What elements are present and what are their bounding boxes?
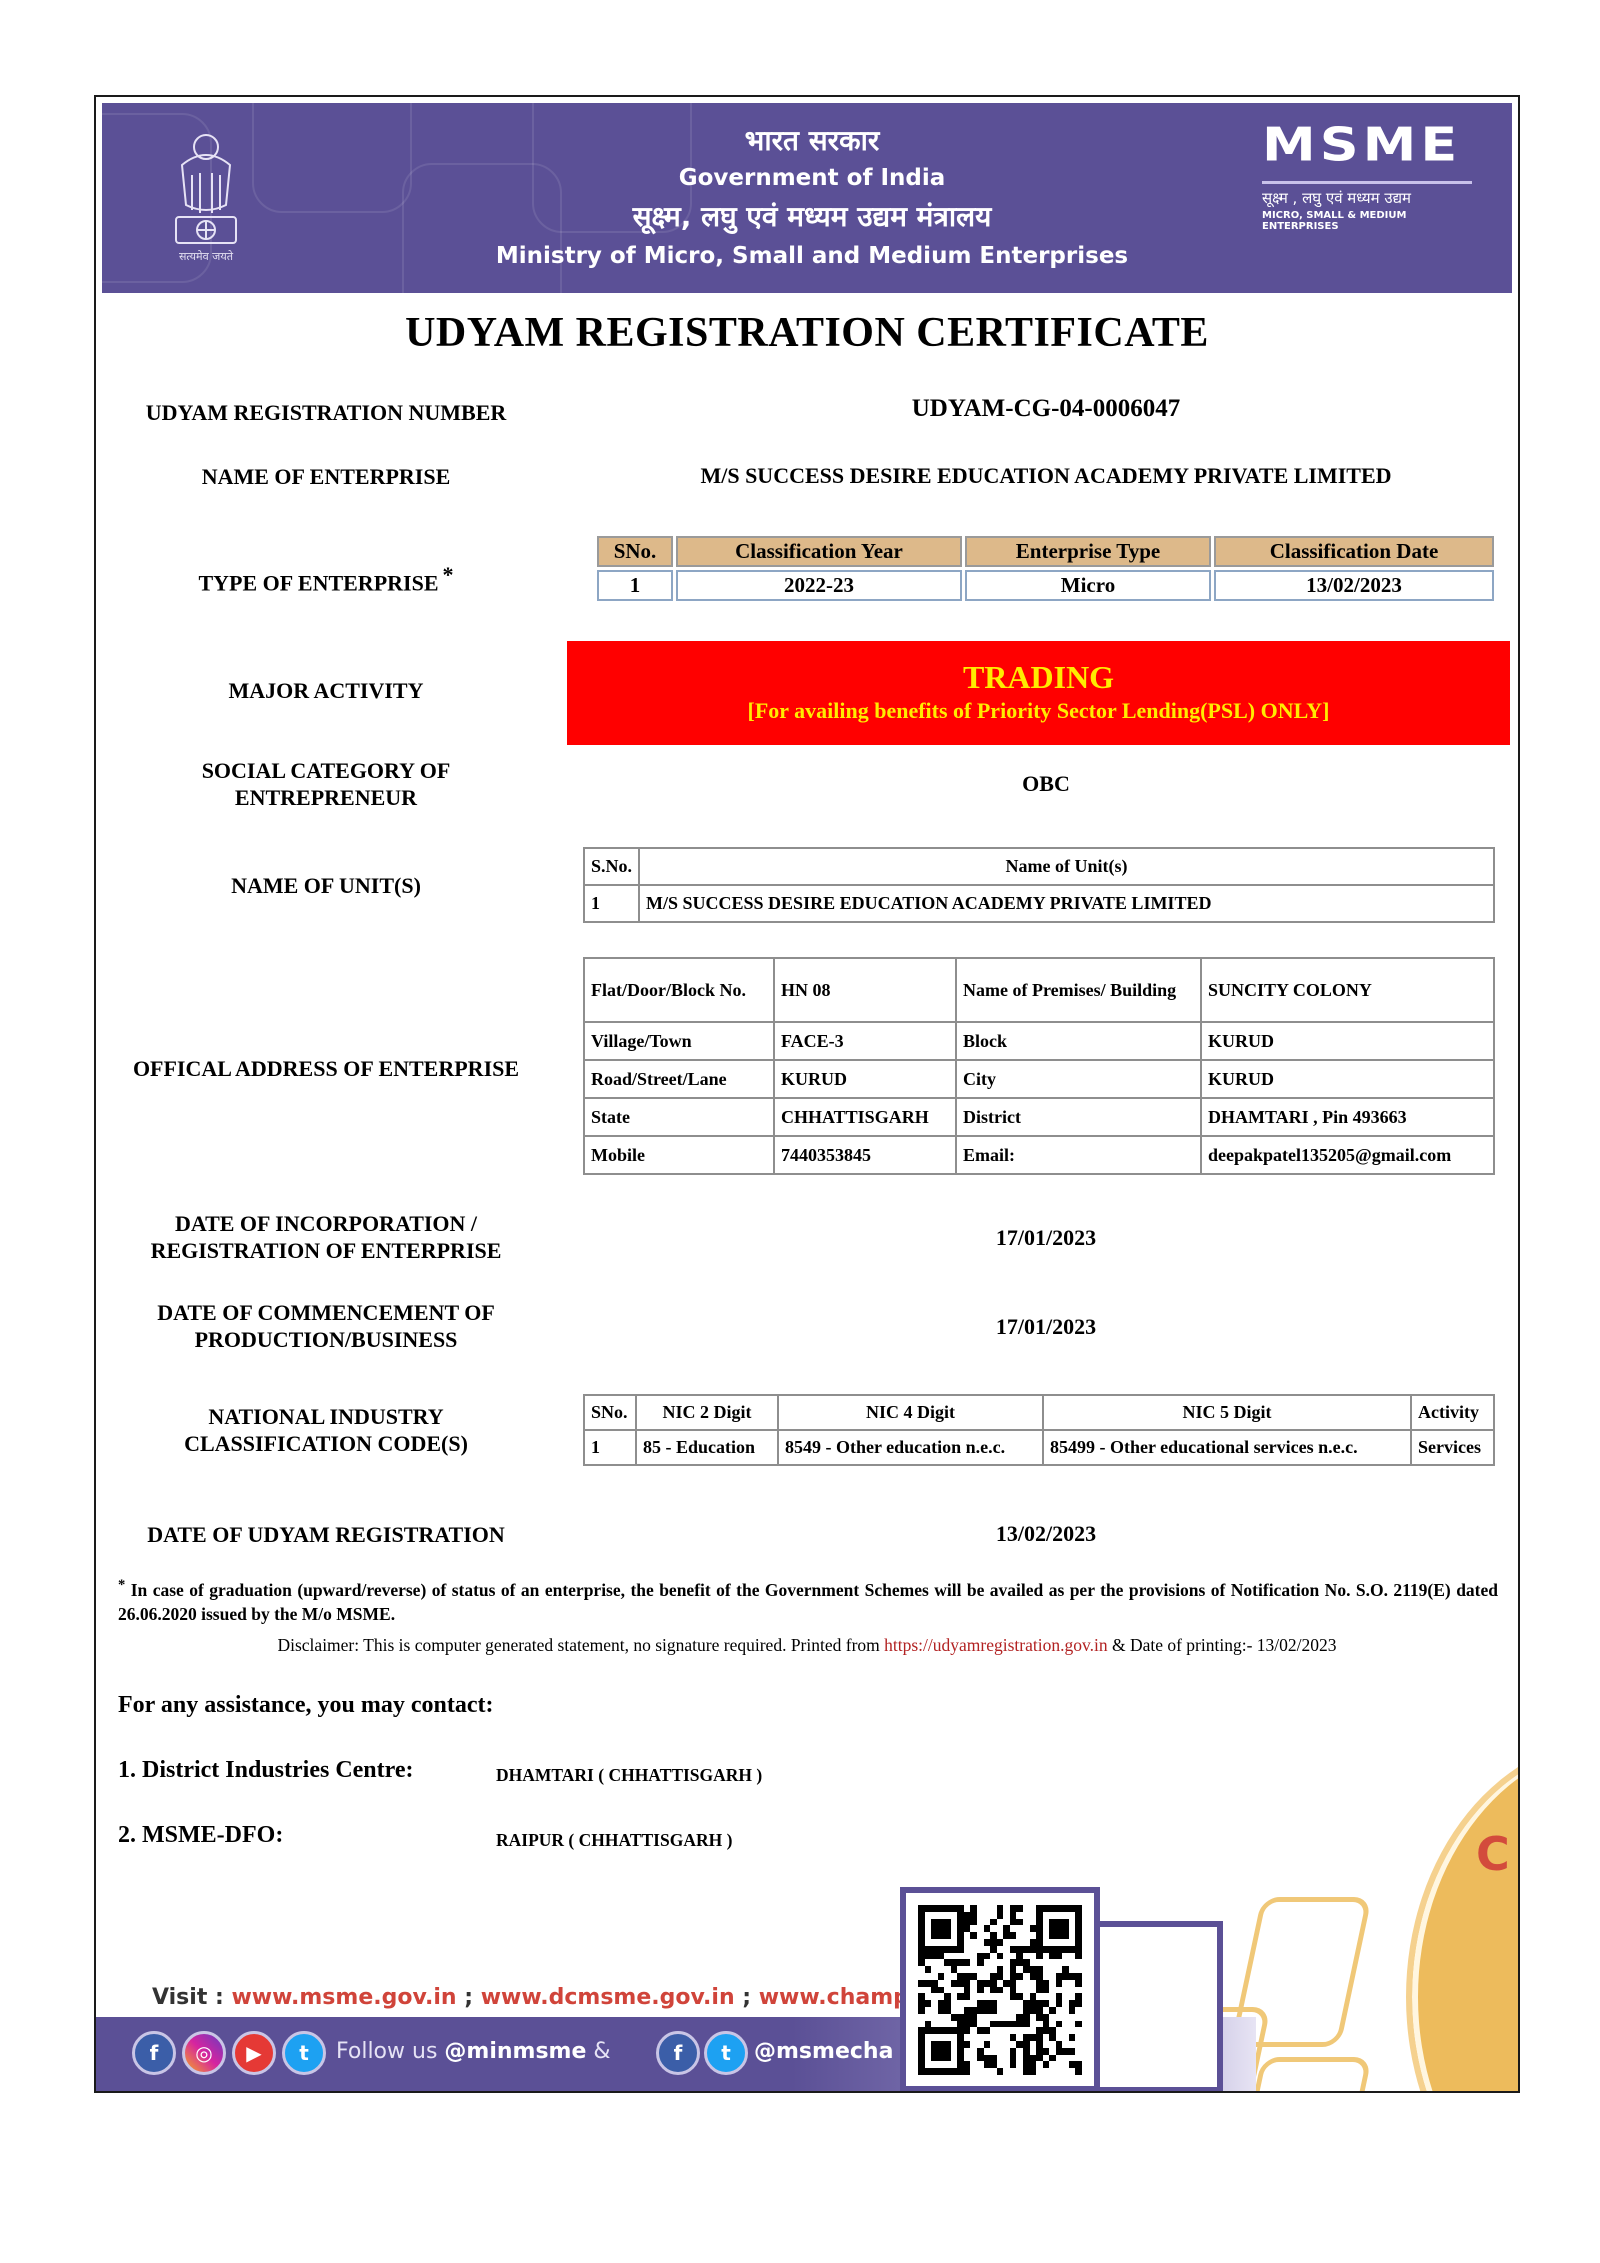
- disclaimer: Disclaimer: This is computer generated s…: [96, 1635, 1518, 1656]
- table-header-row: SNo. NIC 2 Digit NIC 4 Digit NIC 5 Digit…: [584, 1395, 1494, 1430]
- address-key: Email:: [956, 1136, 1201, 1174]
- handle-msmechampions[interactable]: @msmecha: [754, 2039, 893, 2064]
- social-category-value: OBC: [576, 771, 1516, 797]
- type-of-enterprise-text: TYPE OF ENTERPRISE: [198, 570, 438, 595]
- registration-number-value: UDYAM-CG-04-0006047: [576, 395, 1516, 423]
- ministry-title: Ministry of Micro, Small and Medium Ente…: [402, 239, 1222, 273]
- address-key: Flat/Door/Block No.: [584, 958, 774, 1022]
- certificate-title: UDYAM REGISTRATION CERTIFICATE: [96, 309, 1518, 357]
- cell-nic4: 8549 - Other education n.e.c.: [778, 1430, 1043, 1465]
- msme-dfo-value: RAIPUR ( CHHATTISGARH ): [496, 1830, 732, 1851]
- udyam-portal-link[interactable]: https://udyamregistration.gov.in: [884, 1635, 1107, 1655]
- enterprise-name-value: M/S SUCCESS DESIRE EDUCATION ACADEMY PRI…: [576, 463, 1516, 489]
- qr-code-frame: [900, 1887, 1100, 2092]
- handle-minmsme[interactable]: @minmsme: [444, 2039, 586, 2064]
- address-value: HN 08: [774, 958, 956, 1022]
- header-enterprise-type: Enterprise Type: [965, 536, 1211, 567]
- cell-activity: Services: [1411, 1430, 1494, 1465]
- address-value: FACE-3: [774, 1022, 956, 1060]
- nic-label: NATIONAL INDUSTRY CLASSIFICATION CODE(S): [116, 1403, 536, 1457]
- incorporation-date-value: 17/01/2023: [576, 1225, 1516, 1251]
- table-row: 1 2022-23 Micro 13/02/2023: [597, 570, 1494, 601]
- hex-decoration: [252, 103, 412, 213]
- address-key: Mobile: [584, 1136, 774, 1174]
- cell-classification-date: 13/02/2023: [1214, 570, 1494, 601]
- cell-sno: 1: [584, 885, 639, 922]
- table-header-row: SNo. Classification Year Enterprise Type…: [597, 536, 1494, 567]
- separator: ;: [735, 1985, 759, 2010]
- address-value: CHHATTISGARH: [774, 1098, 956, 1136]
- incorporation-label-line1: DATE OF INCORPORATION /: [116, 1210, 536, 1237]
- nic-table: SNo. NIC 2 Digit NIC 4 Digit NIC 5 Digit…: [583, 1394, 1495, 1466]
- govt-of-india-title: Government of India: [402, 161, 1222, 195]
- follow-text: Follow us @minmsme &: [336, 2039, 611, 2064]
- commencement-date-label: DATE OF COMMENCEMENT OF PRODUCTION/BUSIN…: [116, 1299, 536, 1353]
- address-key: Name of Premises/ Building: [956, 958, 1201, 1022]
- units-label: NAME OF UNIT(S): [116, 872, 536, 899]
- header-activity: Activity: [1411, 1395, 1494, 1430]
- address-key: Village/Town: [584, 1022, 774, 1060]
- social-category-label: SOCIAL CATEGORY OF ENTREPRENEUR: [116, 757, 536, 811]
- nic-label-line1: NATIONAL INDUSTRY: [116, 1403, 536, 1430]
- follow-label: Follow us: [336, 2039, 444, 2064]
- dic-value: DHAMTARI ( CHHATTISGARH ): [496, 1765, 762, 1786]
- enterprise-name-label: NAME OF ENTERPRISE: [116, 463, 536, 490]
- ampersand: &: [586, 2039, 610, 2064]
- units-table: S.No. Name of Unit(s) 1 M/S SUCCESS DESI…: [583, 847, 1495, 923]
- address-value: SUNCITY COLONY: [1201, 958, 1494, 1022]
- enterprise-type-table: SNo. Classification Year Enterprise Type…: [594, 533, 1497, 604]
- hindi-ministry-title: सूक्ष्म, लघु एवं मध्यम उद्यम मंत्रालय: [402, 195, 1222, 239]
- table-header-row: S.No. Name of Unit(s): [584, 848, 1494, 885]
- footnote-marker: *: [443, 562, 454, 587]
- email-value: deepakpatel135205@gmail.com: [1201, 1136, 1494, 1174]
- visit-links: Visit : www.msme.gov.in ; www.dcmsme.gov…: [152, 1985, 909, 2010]
- header-banner: सत्यमेव जयते भारत सरकार Government of In…: [102, 103, 1512, 293]
- footnote: * In case of graduation (upward/reverse)…: [118, 1573, 1498, 1626]
- msme-site-link[interactable]: www.msme.gov.in: [231, 1985, 456, 2010]
- header-unit-name: Name of Unit(s): [639, 848, 1494, 885]
- separator: ;: [457, 1985, 481, 2010]
- logo-divider: [1262, 181, 1472, 184]
- cell-sno: 1: [584, 1430, 636, 1465]
- hindi-govt-title: भारत सरकार: [402, 121, 1222, 161]
- national-emblem-icon: [164, 125, 248, 265]
- address-key: Block: [956, 1022, 1201, 1060]
- commencement-label-line2: PRODUCTION/BUSINESS: [116, 1326, 536, 1353]
- twitter-icon[interactable]: t: [704, 2031, 748, 2075]
- major-activity-note: [For availing benefits of Priority Secto…: [567, 698, 1510, 724]
- nic-label-line2: CLASSIFICATION CODE(S): [116, 1430, 536, 1457]
- header-nic5: NIC 5 Digit: [1043, 1395, 1411, 1430]
- msme-logo-hindi: सूक्ष्म , लघु एवं मध्यम उद्यम: [1262, 188, 1482, 208]
- cell-nic2: 85 - Education: [636, 1430, 778, 1465]
- champions-logo-letter: C: [1476, 1827, 1510, 1881]
- dcmsme-site-link[interactable]: www.dcmsme.gov.in: [481, 1985, 735, 2010]
- cell-classification-year: 2022-23: [676, 570, 962, 601]
- type-of-enterprise-label: TYPE OF ENTERPRISE*: [116, 561, 536, 596]
- header-sno: SNo.: [597, 536, 673, 567]
- qr-code-icon: [918, 1905, 1082, 2075]
- qr-frame-side: [1098, 1921, 1223, 2093]
- incorporation-label-line2: REGISTRATION OF ENTERPRISE: [116, 1237, 536, 1264]
- cell-unit-name: M/S SUCCESS DESIRE EDUCATION ACADEMY PRI…: [639, 885, 1494, 922]
- address-key: District: [956, 1098, 1201, 1136]
- major-activity-value: TRADING: [567, 659, 1510, 696]
- table-row: Mobile 7440353845 Email: deepakpatel1352…: [584, 1136, 1494, 1174]
- udyam-date-label: DATE OF UDYAM REGISTRATION: [116, 1521, 536, 1548]
- visit-label: Visit :: [152, 1985, 231, 2010]
- address-key: Road/Street/Lane: [584, 1060, 774, 1098]
- header-sno: S.No.: [584, 848, 639, 885]
- table-row: 1 85 - Education 8549 - Other education …: [584, 1430, 1494, 1465]
- address-value: DHAMTARI , Pin 493663: [1201, 1098, 1494, 1136]
- msme-logo-mark: MSME: [1262, 123, 1482, 167]
- commencement-date-value: 17/01/2023: [576, 1314, 1516, 1340]
- footnote-marker: *: [118, 1577, 125, 1593]
- address-value: KURUD: [1201, 1060, 1494, 1098]
- certificate-page: सत्यमेव जयते भारत सरकार Government of In…: [94, 95, 1520, 2093]
- header-classification-date: Classification Date: [1214, 536, 1494, 567]
- header-nic4: NIC 4 Digit: [778, 1395, 1043, 1430]
- msme-logo: MSME सूक्ष्म , लघु एवं मध्यम उद्यम MICRO…: [1262, 123, 1482, 232]
- major-activity-box: TRADING [For availing benefits of Priori…: [567, 641, 1510, 745]
- commencement-label-line1: DATE OF COMMENCEMENT OF: [116, 1299, 536, 1326]
- disclaimer-suffix: & Date of printing:- 13/02/2023: [1108, 1635, 1337, 1655]
- cell-sno: 1: [597, 570, 673, 601]
- table-row: Flat/Door/Block No. HN 08 Name of Premis…: [584, 958, 1494, 1022]
- address-key: State: [584, 1098, 774, 1136]
- social-category-label-line2: ENTREPRENEUR: [116, 784, 536, 811]
- table-row: Village/Town FACE-3 Block KURUD: [584, 1022, 1494, 1060]
- udyam-date-value: 13/02/2023: [576, 1521, 1516, 1547]
- address-value: KURUD: [1201, 1022, 1494, 1060]
- header-nic2: NIC 2 Digit: [636, 1395, 778, 1430]
- instagram-icon[interactable]: ◎: [182, 2031, 226, 2075]
- major-activity-label: MAJOR ACTIVITY: [116, 677, 536, 704]
- cell-nic5: 85499 - Other educational services n.e.c…: [1043, 1430, 1411, 1465]
- disclaimer-prefix: Disclaimer: This is computer generated s…: [277, 1635, 884, 1655]
- address-value: KURUD: [774, 1060, 956, 1098]
- address-table: Flat/Door/Block No. HN 08 Name of Premis…: [583, 957, 1495, 1175]
- facebook-icon[interactable]: f: [656, 2031, 700, 2075]
- footnote-text: In case of graduation (upward/reverse) o…: [118, 1580, 1498, 1624]
- header-classification-year: Classification Year: [676, 536, 962, 567]
- msme-logo-english: MICRO, SMALL & MEDIUM ENTERPRISES: [1262, 210, 1482, 232]
- banner-titles: भारत सरकार Government of India सूक्ष्म, …: [402, 121, 1222, 273]
- table-row: State CHHATTISGARH District DHAMTARI , P…: [584, 1098, 1494, 1136]
- msme-dfo-label: 2. MSME-DFO:: [118, 1822, 283, 1849]
- champions-logo-graphic: [1406, 1737, 1520, 2093]
- header-sno: SNo.: [584, 1395, 636, 1430]
- assistance-heading: For any assistance, you may contact:: [118, 1692, 494, 1719]
- registration-number-label: UDYAM REGISTRATION NUMBER: [116, 399, 536, 426]
- incorporation-date-label: DATE OF INCORPORATION / REGISTRATION OF …: [116, 1210, 536, 1264]
- emblem-motto: सत्यमेव जयते: [154, 249, 258, 264]
- table-row: Road/Street/Lane KURUD City KURUD: [584, 1060, 1494, 1098]
- twitter-icon[interactable]: t: [282, 2031, 326, 2075]
- address-value: 7440353845: [774, 1136, 956, 1174]
- cell-enterprise-type: Micro: [965, 570, 1211, 601]
- facebook-icon[interactable]: f: [132, 2031, 176, 2075]
- address-key: City: [956, 1060, 1201, 1098]
- youtube-icon[interactable]: ▶: [232, 2031, 276, 2075]
- dic-label: 1. District Industries Centre:: [118, 1757, 414, 1784]
- champions-site-link[interactable]: www.champ: [759, 1985, 909, 2010]
- table-row: 1 M/S SUCCESS DESIRE EDUCATION ACADEMY P…: [584, 885, 1494, 922]
- social-category-label-line1: SOCIAL CATEGORY OF: [116, 757, 536, 784]
- address-label: OFFICAL ADDRESS OF ENTERPRISE: [116, 1055, 536, 1082]
